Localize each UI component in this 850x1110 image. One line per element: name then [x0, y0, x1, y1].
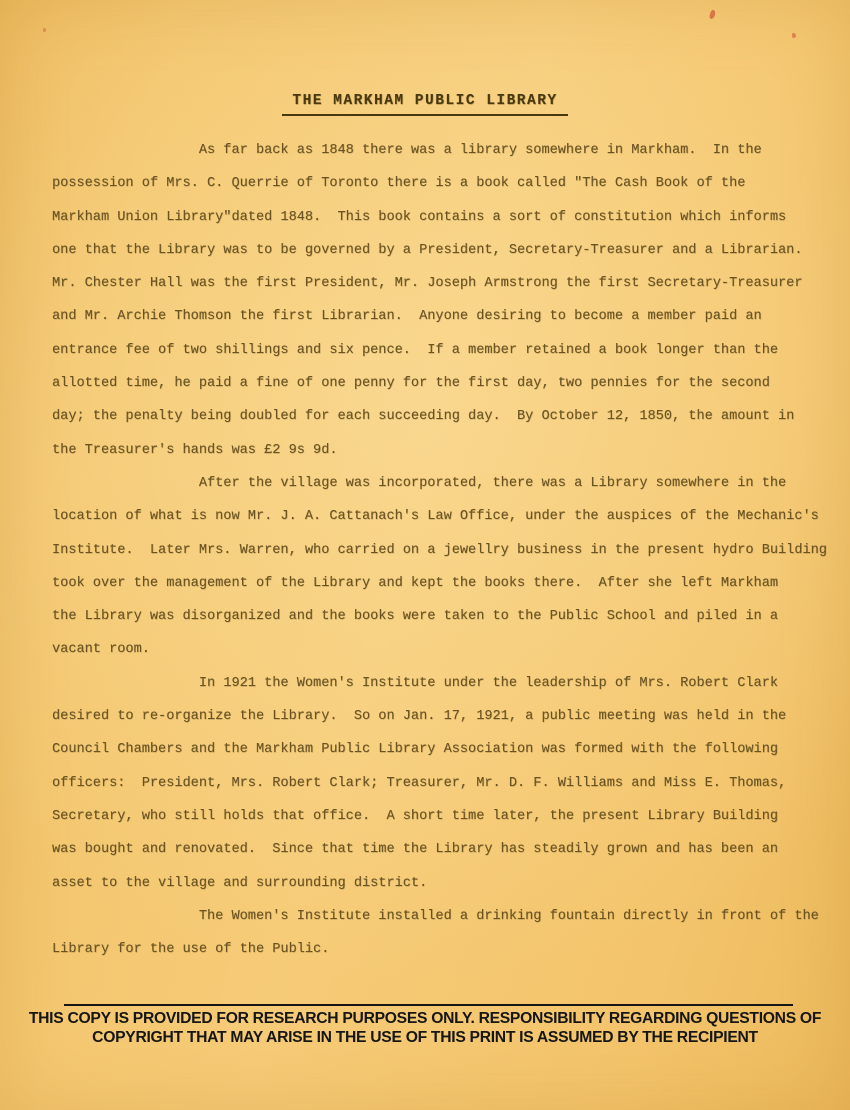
paragraph-4: The Women's Institute installed a drinki…	[52, 900, 840, 967]
disclaimer-line-1: THIS COPY IS PROVIDED FOR RESEARCH PURPO…	[9, 1010, 842, 1029]
paper-speck	[792, 33, 796, 38]
page-title: THE MARKHAM PUBLIC LIBRARY	[0, 86, 850, 116]
disclaimer-rule	[64, 1004, 793, 1006]
page-title-text: THE MARKHAM PUBLIC LIBRARY	[282, 91, 567, 116]
paper-speck	[709, 9, 717, 19]
document-body: As far back as 1848 there was a library …	[52, 134, 840, 966]
paper-speck	[43, 28, 46, 32]
paragraph-1: As far back as 1848 there was a library …	[52, 134, 840, 467]
paragraph-2: After the village was incorporated, ther…	[52, 467, 840, 667]
paragraph-3: In 1921 the Women's Institute under the …	[52, 667, 840, 900]
disclaimer-lines: THIS COPY IS PROVIDED FOR RESEARCH PURPO…	[0, 1001, 850, 1047]
scanned-page: THE MARKHAM PUBLIC LIBRARY As far back a…	[0, 0, 850, 1110]
disclaimer-line-2: COPYRIGHT THAT MAY ARISE IN THE USE OF T…	[9, 1029, 842, 1048]
research-disclaimer: THIS COPY IS PROVIDED FOR RESEARCH PURPO…	[0, 1001, 850, 1047]
